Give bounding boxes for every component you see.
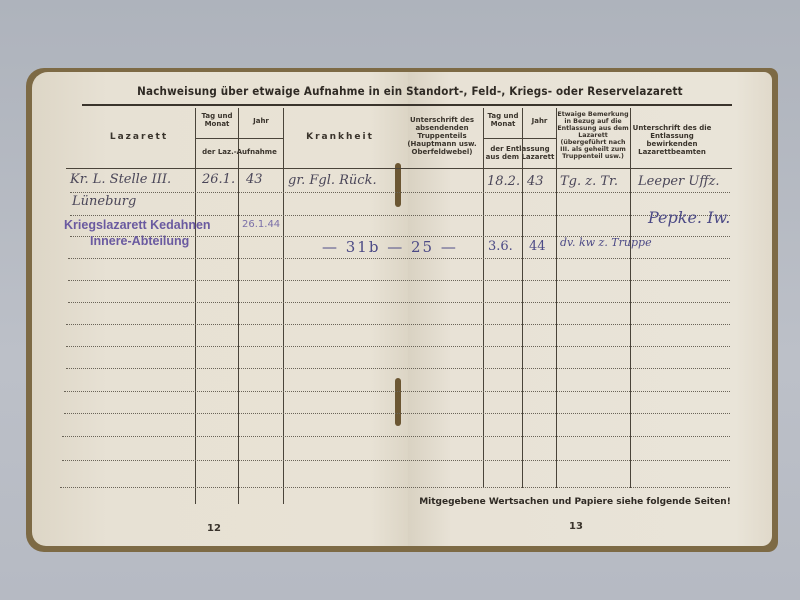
- row-line: [62, 460, 730, 461]
- subheader-rule: [195, 138, 283, 139]
- entry2-bemerkung: dv. kw z. Truppe: [560, 236, 652, 249]
- row-line: [66, 324, 730, 325]
- row-line: [70, 215, 730, 216]
- col-header-krankheit: Krankheit: [285, 133, 395, 141]
- col-header-entlassung-tag: Tag und Monat: [484, 112, 522, 128]
- col-divider: [483, 108, 484, 488]
- entry1-entlassung-tag: 18.2.: [487, 174, 520, 189]
- row-line: [64, 413, 730, 414]
- col-header-bemerkung: Etwaige Bemerkung in Bezug auf die Entla…: [557, 111, 629, 160]
- col-header-aufnahme-tag: Tag und Monat: [197, 112, 237, 128]
- row-line: [68, 258, 730, 259]
- entry1-bemerkung: Tg. z. Tr.: [560, 174, 618, 189]
- subheader-rule: [483, 138, 556, 139]
- row-line: [60, 487, 730, 488]
- col-header-entlassung-jahr: Jahr: [523, 117, 556, 125]
- row-line: [68, 302, 730, 303]
- entry1-lazarett-line2: Lüneburg: [72, 194, 136, 209]
- col-header-unterschrift-truppenteil: Unterschrift des absendenden Truppenteil…: [403, 116, 481, 156]
- col-divider: [630, 108, 631, 488]
- header-bottom-rule: [66, 168, 732, 169]
- entry1-krankheit: gr. Fgl. Rück.: [288, 173, 377, 188]
- col-divider: [238, 108, 239, 504]
- page-number-right: 13: [569, 521, 583, 532]
- footer-note: Mitgegebene Wertsachen und Papiere siehe…: [410, 497, 740, 507]
- entry2-entlassung-tag: 3.6.: [488, 239, 513, 254]
- entry2-krankheit: — 31b — 25 —: [322, 238, 458, 256]
- row-line: [66, 368, 730, 369]
- stamp-kriegslazarett: Kriegslazarett Kedahnen: [64, 218, 211, 232]
- row-line: [70, 192, 730, 193]
- entry1-aufnahme-tag: 26.1.: [202, 172, 235, 187]
- staple-bottom: [395, 378, 401, 426]
- col-divider: [556, 108, 557, 488]
- entry1-aufnahme-jahr: 43: [246, 172, 263, 187]
- col-divider: [195, 108, 196, 504]
- page-title: Nachweisung über etwaige Aufnahme in ein…: [90, 84, 730, 98]
- entry1-entlassung-jahr: 43: [527, 174, 544, 189]
- entry2-entlassung-jahr: 44: [529, 239, 546, 254]
- col-divider: [283, 108, 284, 504]
- page-number-left: 12: [207, 523, 221, 534]
- col-header-aufnahme-group: der Laz.-Aufnahme: [196, 148, 283, 156]
- col-divider: [522, 108, 523, 488]
- col-header-aufnahme-jahr: Jahr: [239, 117, 283, 125]
- col-header-lazarett: Lazarett: [84, 133, 194, 141]
- staple-top: [395, 163, 401, 207]
- stamp-abteilung: Innere-Abteilung: [90, 234, 189, 248]
- col-header-entlassung-group: der Entlassung aus dem Lazarett: [484, 145, 556, 161]
- row-line: [66, 346, 730, 347]
- row-line: [62, 436, 730, 437]
- entry1-lazarett: Kr. L. Stelle III.: [70, 172, 171, 187]
- entry1-unterschrift: Leeper Uffz.: [638, 174, 720, 189]
- stamp-date: 26.1.44: [242, 219, 280, 230]
- col-header-unterschrift-lazarett: Unterschrift des die Entlassung bewirken…: [632, 124, 712, 156]
- row-line: [68, 280, 730, 281]
- page-left: [32, 72, 408, 546]
- entry2-unterschrift: Pepke. Iw.: [648, 208, 730, 227]
- row-line: [64, 391, 730, 392]
- header-top-rule: [82, 104, 732, 106]
